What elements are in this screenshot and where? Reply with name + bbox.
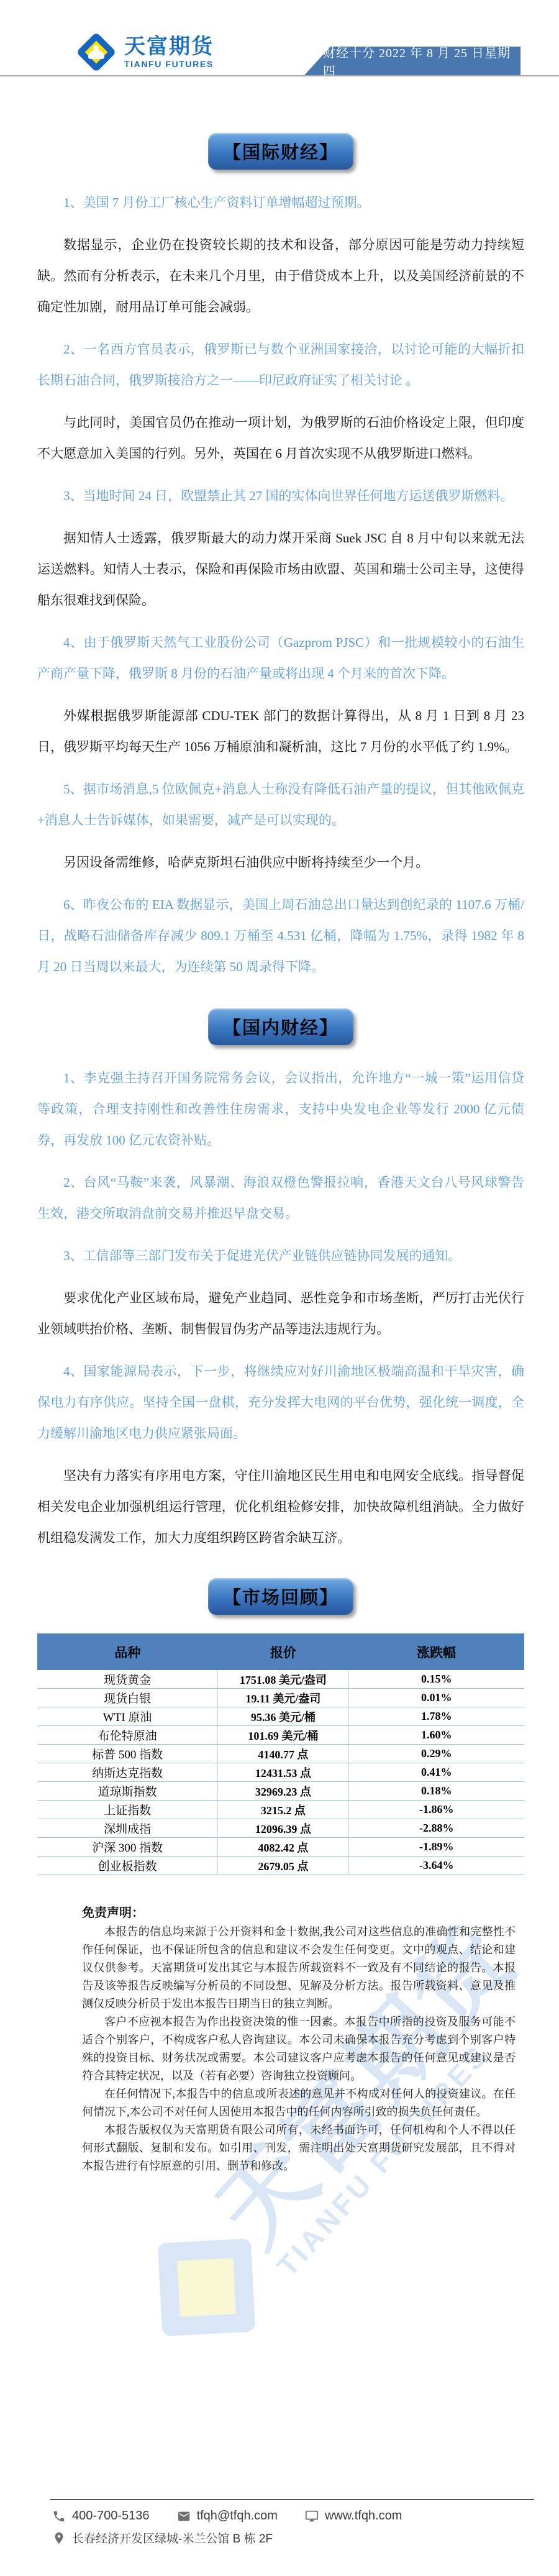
column-header-instrument: 品种 — [38, 1634, 218, 1670]
international-news-list: 1、美国 7 月份工厂核心生产资料订单增幅超过预期。数据显示，企业仍在投资较长期… — [37, 187, 524, 982]
footer-phone: 400-700-5136 — [52, 2509, 150, 2523]
disclaimer-paragraphs: 本报告的信息均来源于公开资料和金十数据,我公司对这些信息的准确性和完整性不作任何… — [82, 1923, 516, 2175]
table-row: 纳斯达克指数12431.53 点0.41% — [38, 1763, 524, 1782]
domestic-news-list: 1、李克强主持召开国务院常务会议，会议指出，允许地方“一城一策”运用信贷等政策，… — [37, 1062, 524, 1553]
instrument-cell: 标普 500 指数 — [38, 1745, 218, 1763]
instrument-cell: 道琼斯指数 — [38, 1782, 218, 1801]
table-row: WTI 原油95.36 美元/桶1.78% — [38, 1707, 524, 1726]
change-cell: -1.89% — [349, 1838, 524, 1857]
table-row: 沪深 300 指数4082.42 点-1.89% — [38, 1838, 524, 1857]
section-badge-market-review: 【市场回顾】 — [208, 1578, 353, 1615]
disclaimer-title: 免责声明： — [82, 1902, 516, 1921]
mail-icon — [177, 2510, 191, 2523]
change-cell: 0.41% — [349, 1763, 524, 1782]
news-item-heading: 2、台风“马鞍”来袭，风暴潮、海浪双橙色警报拉响，香港天文台八号风球警告生效，港… — [37, 1167, 524, 1229]
table-row: 布伦特原油101.69 美元/桶1.60% — [38, 1726, 524, 1745]
phone-icon — [52, 2510, 66, 2523]
change-cell: -3.64% — [349, 1857, 524, 1875]
instrument-cell: 布伦特原油 — [38, 1726, 218, 1745]
section-badge-domestic: 【国内财经】 — [208, 1008, 353, 1045]
column-header-change: 涨跌幅 — [349, 1634, 524, 1670]
instrument-cell: 深圳成指 — [38, 1819, 218, 1838]
footer-divider — [50, 2499, 534, 2500]
page-header: 天富期货 TIANFU FUTURES 财经十分 2022 年 8 月 25 日… — [0, 0, 559, 78]
quote-cell: 2679.05 点 — [217, 1857, 348, 1875]
table-row: 创业板指数2679.05 点-3.64% — [38, 1857, 524, 1875]
change-cell: 0.15% — [349, 1670, 524, 1689]
date-banner: 财经十分 2022 年 8 月 25 日星期四 — [304, 47, 520, 75]
instrument-cell: 纳斯达克指数 — [38, 1763, 218, 1782]
column-header-quote: 报价 — [217, 1634, 348, 1670]
news-item-body: 坚决有力落实有序用电方案，守住川渝地区民生用电和电网安全底线。指导督促相关发电企… — [37, 1460, 524, 1553]
main-content: 【国际财经】 1、美国 7 月份工厂核心生产资料订单增幅超过预期。数据显示，企业… — [0, 78, 559, 2175]
change-cell: 1.60% — [349, 1726, 524, 1745]
logo-subtitle: TIANFU FUTURES — [124, 60, 214, 69]
quote-cell: 4082.42 点 — [217, 1838, 348, 1857]
quote-cell: 19.11 美元/盎司 — [217, 1689, 348, 1707]
quote-cell: 12431.53 点 — [217, 1763, 348, 1782]
news-item-body: 另因设备需维修，哈萨克斯坦石油供应中断将持续至少一个月。 — [37, 847, 524, 878]
news-item-heading: 1、李克强主持召开国务院常务会议，会议指出，允许地方“一城一策”运用信贷等政策，… — [37, 1062, 524, 1156]
news-item-body: 外媒根据俄罗斯能源部 CDU-TEK 部门的数据计算得出，从 8 月 1 日到 … — [37, 700, 524, 762]
market-review-table: 品种 报价 涨跌幅 现货黄金1751.08 美元/盎司0.15%现货白银19.1… — [37, 1633, 524, 1875]
logo-title: 天富期货 — [124, 36, 214, 58]
table-header-row: 品种 报价 涨跌幅 — [38, 1634, 524, 1670]
footer-address-text: 长春经济开发区绿城-米兰公馆 B 栋 2F — [72, 2529, 273, 2546]
quote-cell: 32969.23 点 — [217, 1782, 348, 1801]
footer-address: 长春经济开发区绿城-米兰公馆 B 栋 2F — [52, 2529, 273, 2546]
news-item-body: 与此同时，美国官员仍在推动一项计划，为俄罗斯的石油价格设定上限，但印度不大愿意加… — [37, 407, 524, 469]
disclaimer-section: 免责声明： 本报告的信息均来源于公开资料和金十数据,我公司对这些信息的准确性和完… — [82, 1902, 516, 2175]
instrument-cell: 现货白银 — [38, 1689, 218, 1707]
news-item-body: 要求优化产业区域布局，避免产业趋同、恶性竞争和市场垄断，严厉打击光伏行业领域哄抬… — [37, 1282, 524, 1345]
monitor-icon — [305, 2510, 319, 2523]
news-item-heading: 3、当地时间 24 日，欧盟禁止其 27 国的实体向世界任何地方运送俄罗斯燃料。 — [37, 480, 524, 511]
instrument-cell: 沪深 300 指数 — [38, 1838, 218, 1857]
disclaimer-paragraph: 在任何情况下,本报告中的信息或所表述的意见并不构成对任何人的投资建议。在任何情况… — [82, 2085, 516, 2121]
change-cell: 0.29% — [349, 1745, 524, 1763]
instrument-cell: 上证指数 — [38, 1801, 218, 1819]
change-cell: 0.18% — [349, 1782, 524, 1801]
location-pin-icon — [52, 2531, 66, 2545]
diamond-logo-icon — [76, 32, 116, 72]
quote-cell: 101.69 美元/桶 — [217, 1726, 348, 1745]
change-cell: -2.88% — [349, 1819, 524, 1838]
change-cell: 1.78% — [349, 1707, 524, 1726]
instrument-cell: 创业板指数 — [38, 1857, 218, 1875]
news-item-heading: 1、美国 7 月份工厂核心生产资料订单增幅超过预期。 — [37, 187, 524, 218]
news-item-heading: 6、昨夜公布的 EIA 数据显示，美国上周石油总出口量达到创纪录的 1107.6… — [37, 889, 524, 982]
company-logo: 天富期货 TIANFU FUTURES — [80, 35, 214, 69]
news-item-body: 据知情人士透露，俄罗斯最大的动力煤开采商 Suek JSC 自 8 月中旬以来就… — [37, 523, 524, 616]
footer-website[interactable]: www.tfqh.com — [305, 2509, 402, 2523]
table-row: 标普 500 指数4140.77 点0.29% — [38, 1745, 524, 1763]
table-row: 深圳成指12096.39 点-2.88% — [38, 1819, 524, 1838]
quote-cell: 4140.77 点 — [217, 1745, 348, 1763]
newsletter-page: 天富期货 TIANFU FUTURES 天富期货 TIANFU FUTURES … — [0, 0, 559, 2576]
news-item-body: 数据显示，企业仍在投资较长期的技术和设备，部分原因可能是劳动力持续短缺。然而有分… — [37, 229, 524, 322]
footer-website-url[interactable]: www.tfqh.com — [325, 2509, 402, 2523]
disclaimer-paragraph: 客户不应视本报告为作出投资决策的惟一因素。本报告中所指的投资及服务可能不适合个别… — [82, 2013, 516, 2085]
instrument-cell: 现货黄金 — [38, 1670, 218, 1689]
disclaimer-paragraph: 本报告版权仅为天富期货有限公司所有，未经书面许可，任何机构和个人不得以任何形式翻… — [82, 2121, 516, 2175]
quote-cell: 3215.2 点 — [217, 1801, 348, 1819]
footer-email-address[interactable]: tfqh@tfqh.com — [197, 2509, 278, 2523]
table-row: 现货白银19.11 美元/盎司0.01% — [38, 1689, 524, 1707]
page-footer: 400-700-5136 tfqh@tfqh.com www.tfqh.com … — [0, 2499, 559, 2546]
news-item-heading: 4、国家能源局表示，下一步，将继续应对好川渝地区极端高温和干旱灾害，确保电力有序… — [37, 1356, 524, 1449]
news-item-heading: 5、据市场消息,5 位欧佩克+消息人士称没有降低石油产量的提议，但其他欧佩克+消… — [37, 774, 524, 836]
header-divider — [0, 75, 559, 76]
table-row: 上证指数3215.2 点-1.86% — [38, 1801, 524, 1819]
quote-cell: 1751.08 美元/盎司 — [217, 1670, 348, 1689]
section-badge-international: 【国际财经】 — [208, 133, 353, 170]
instrument-cell: WTI 原油 — [38, 1707, 218, 1726]
table-row: 现货黄金1751.08 美元/盎司0.15% — [38, 1670, 524, 1689]
quote-cell: 12096.39 点 — [217, 1819, 348, 1838]
change-cell: 0.01% — [349, 1689, 524, 1707]
footer-phone-number: 400-700-5136 — [72, 2509, 150, 2523]
watermark-diamond-logo-icon — [158, 2239, 256, 2337]
news-item-heading: 3、工信部等三部门发布关于促进光伏产业链供应链协同发展的通知。 — [37, 1240, 524, 1271]
news-item-heading: 2、一名西方官员表示，俄罗斯已与数个亚洲国家接洽，以讨论可能的大幅折扣长期石油合… — [37, 334, 524, 396]
table-row: 道琼斯指数32969.23 点0.18% — [38, 1782, 524, 1801]
footer-email[interactable]: tfqh@tfqh.com — [177, 2509, 278, 2523]
disclaimer-paragraph: 本报告的信息均来源于公开资料和金十数据,我公司对这些信息的准确性和完整性不作任何… — [82, 1923, 516, 2013]
news-item-heading: 4、由于俄罗斯天然气工业股份公司（Gazprom PJSC）和一批规模较小的石油… — [37, 627, 524, 689]
quote-cell: 95.36 美元/桶 — [217, 1707, 348, 1726]
change-cell: -1.86% — [349, 1801, 524, 1819]
